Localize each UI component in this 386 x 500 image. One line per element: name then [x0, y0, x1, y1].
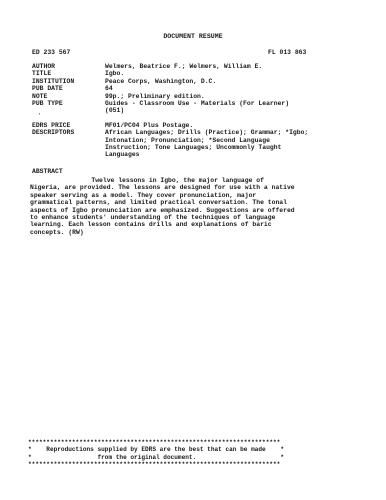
field-value: 64: [105, 85, 345, 92]
field-pub-type: PUB TYPE Guides - Classroom Use - Materi…: [32, 100, 345, 115]
field-label: PUB TYPE: [32, 100, 105, 115]
field-value: Igbo.: [105, 70, 345, 77]
spacer: [32, 115, 345, 122]
abstract-text: Twelve lessons in Igbo, the major langua…: [30, 177, 350, 236]
field-label: NOTE: [32, 93, 105, 100]
field-value: African Languages; Drills (Practice); Gr…: [105, 129, 345, 159]
field-value: MF01/PC04 Plus Postage.: [105, 122, 345, 129]
field-edrs-price: EDRS PRICE MF01/PC04 Plus Postage.: [32, 122, 345, 129]
field-label: INSTITUTION: [32, 78, 105, 85]
field-label: PUB DATE: [32, 85, 105, 92]
field-author: AUTHOR Welmers, Beatrice F.; Welmers, Wi…: [32, 63, 345, 70]
field-pub-date: PUB DATE 64: [32, 85, 345, 92]
field-label: TITLE: [32, 70, 105, 77]
field-title: TITLE Igbo.: [32, 70, 345, 77]
ed-number: ED 233 567: [32, 49, 70, 56]
document-heading: DOCUMENT RESUME: [0, 33, 386, 40]
field-value: Welmers, Beatrice F.; Welmers, William E…: [105, 63, 345, 70]
field-note: NOTE 99p.; Preliminary edition.: [32, 93, 345, 100]
abstract-heading: ABSTRACT: [32, 168, 63, 175]
field-value: Peace Corps, Washington, D.C.: [105, 78, 345, 85]
field-descriptors: DESCRIPTORS African Languages; Drills (P…: [32, 129, 345, 159]
metadata-fields: AUTHOR Welmers, Beatrice F.; Welmers, Wi…: [32, 63, 345, 159]
reproduction-notice-box: ****************************************…: [28, 439, 284, 468]
fl-number: FL 013 863: [268, 49, 306, 56]
field-label: EDRS PRICE: [32, 122, 105, 129]
field-value: Guides - Classroom Use - Materials (For …: [105, 100, 345, 115]
field-institution: INSTITUTION Peace Corps, Washington, D.C…: [32, 78, 345, 85]
field-label: AUTHOR: [32, 63, 105, 70]
field-label: DESCRIPTORS: [32, 129, 105, 159]
scan-mark: ’: [38, 113, 41, 120]
field-value: 99p.; Preliminary edition.: [105, 93, 345, 100]
